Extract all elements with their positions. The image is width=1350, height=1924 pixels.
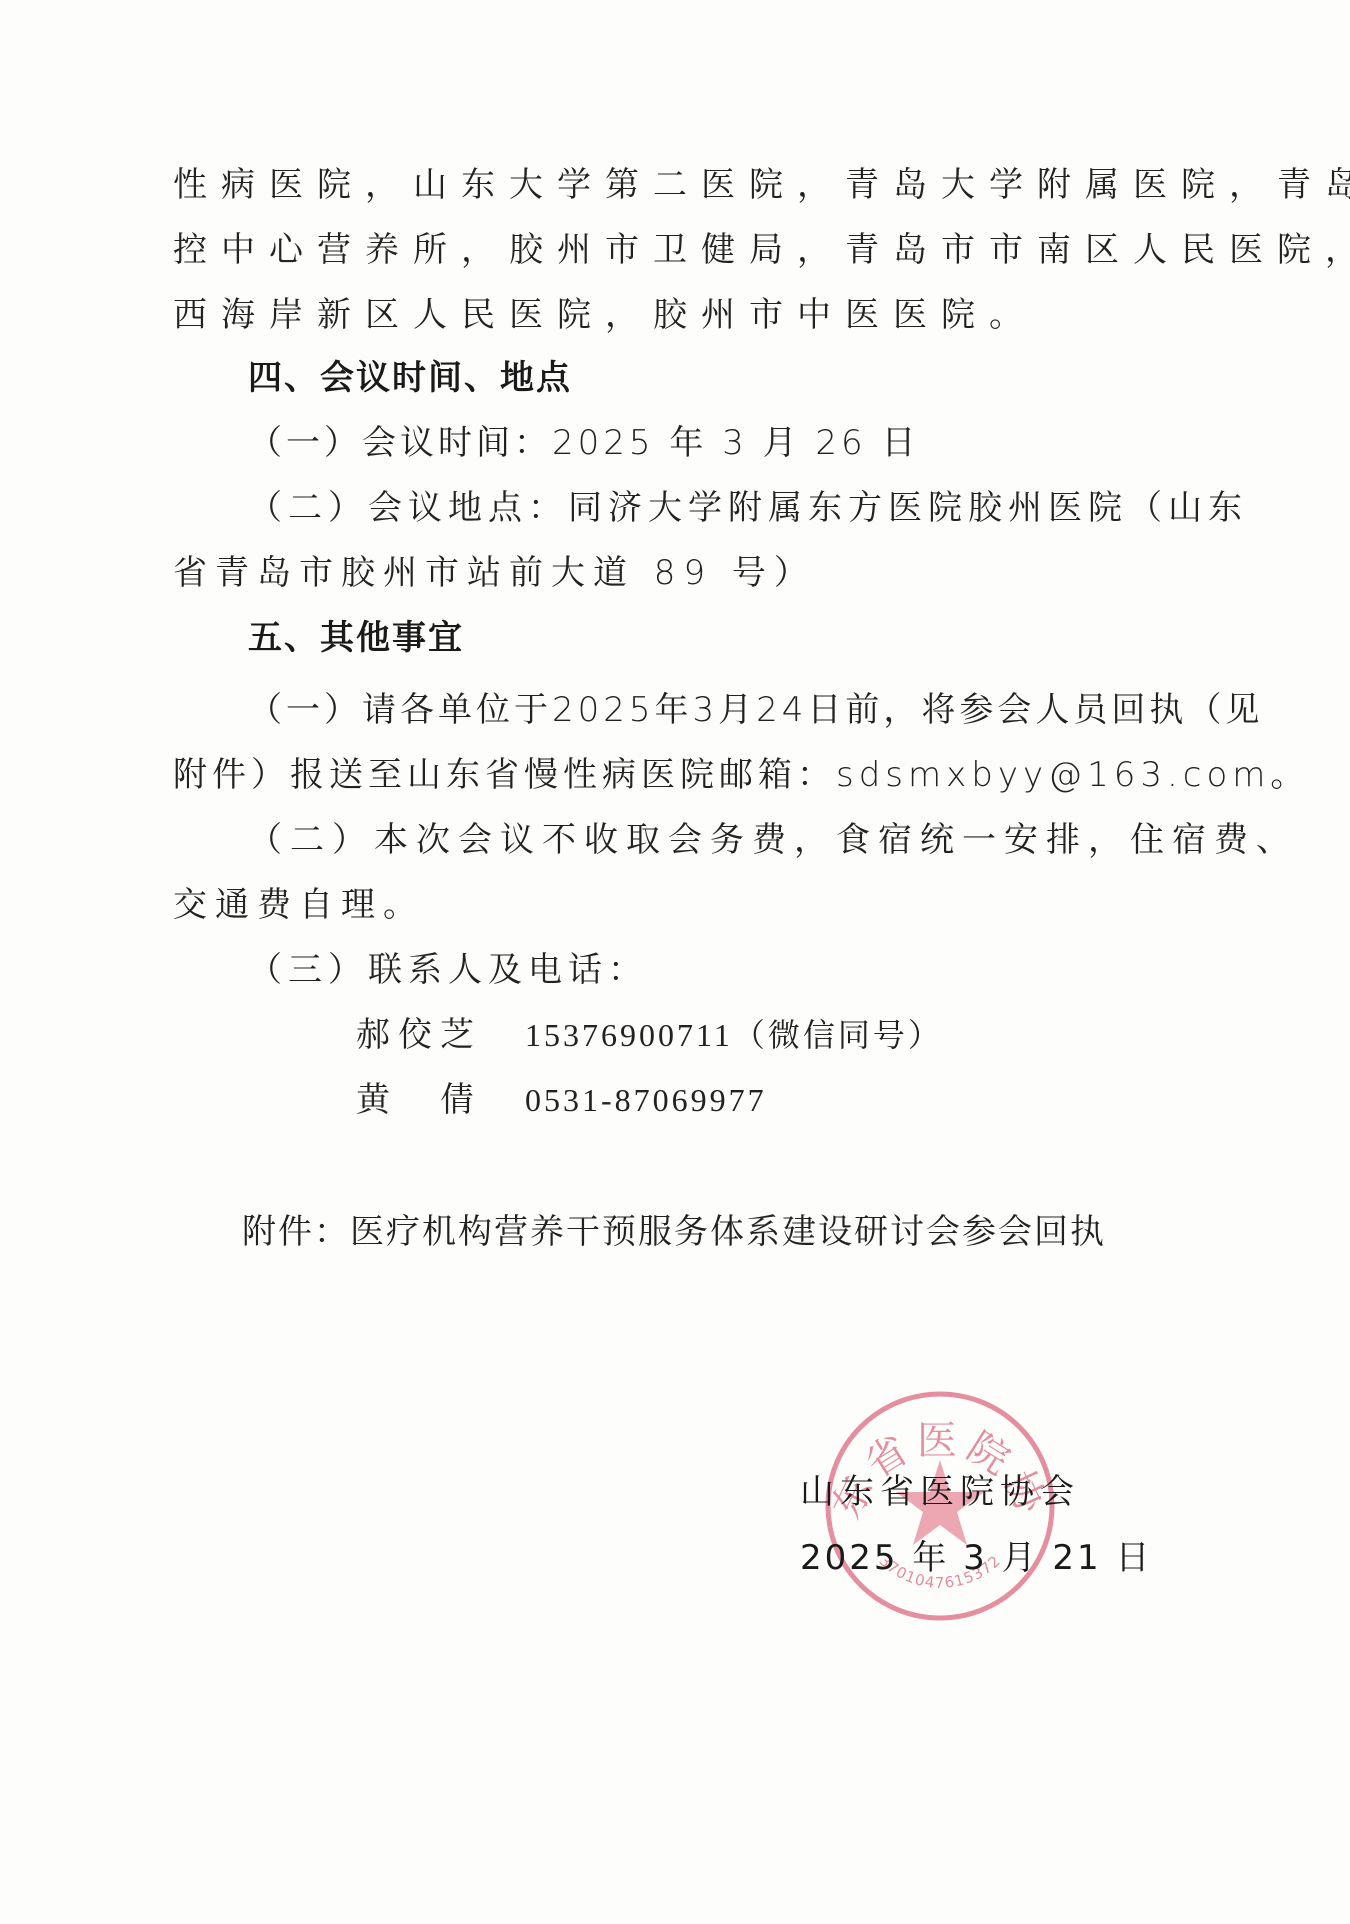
body-line-1: 性病医院，山东大学第二医院，青岛大学附属医院，青岛市疾 (173, 165, 1350, 205)
contact-name-1: 郝佼芝 (356, 1015, 482, 1055)
contact-phone-2: 0531-87069977 (525, 1080, 767, 1120)
section-heading-time-place: 四、会议时间、地点 (248, 358, 572, 398)
body-line-2: 控中心营养所，胶州市卫健局，青岛市市南区人民医院，青岛 (173, 230, 1350, 270)
section-heading-other: 五、其他事宜 (248, 618, 464, 658)
signature-date: 2025 年 3 月 21 日 (800, 1538, 1152, 1578)
other-item-1-line-2: 附件）报送至山东省慢性病医院邮箱：sdsmxbyy@163.com。 (173, 755, 1309, 795)
contact-phone-1: 15376900711（微信同号） (525, 1015, 943, 1055)
other-item-2-line-1: （二）本次会议不收取会务费，食宿统一安排，住宿费、 (248, 820, 1298, 860)
meeting-time: （一）会议时间：2025 年 3 月 26 日 (248, 423, 919, 463)
body-line-3: 西海岸新区人民医院，胶州市中医医院。 (173, 295, 1037, 335)
meeting-place-line-2: 省青岛市胶州市站前大道 89 号） (173, 553, 816, 593)
attachment-note: 附件：医疗机构营养干预服务体系建设研讨会参会回执 (242, 1212, 1106, 1252)
other-item-2-line-2: 交通费自理。 (173, 885, 425, 925)
document-page: 性病医院，山东大学第二医院，青岛大学附属医院，青岛市疾 控中心营养所，胶州市卫健… (0, 0, 1350, 1924)
other-item-1-line-1: （一）请各单位于2025年3月24日前，将参会人员回执（见 (248, 690, 1263, 730)
contacts-heading: （三）联系人及电话： (248, 950, 648, 990)
meeting-place-line-1: （二）会议地点：同济大学附属东方医院胶州医院（山东 (248, 488, 1248, 528)
signature-org: 山东省医院协会 (800, 1472, 1080, 1512)
contact-name-2: 黄 倩 (356, 1080, 482, 1120)
